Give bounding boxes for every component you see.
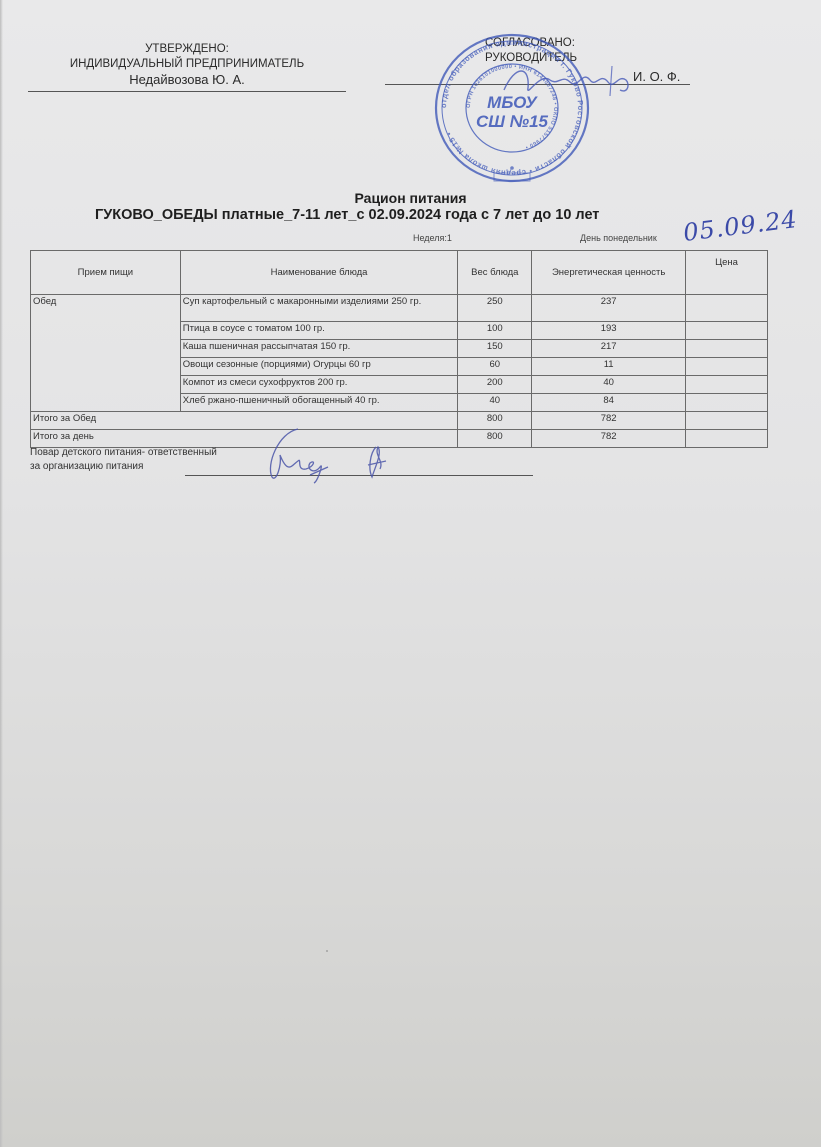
document-subtitle: ГУКОВО_ОБЕДЫ платные_7-11 лет_с 02.09.20… (95, 207, 599, 223)
weight-cell: 200 (458, 376, 532, 394)
total-energy: 782 (532, 412, 686, 430)
meal-cell: Обед (31, 295, 181, 412)
approval-left-name: Недайвозова Ю. А. (28, 72, 346, 87)
dish-cell: Птица в соусе с томатом 100 гр. (180, 322, 458, 340)
header-price: Цена (686, 251, 768, 295)
cook-signature-line (185, 475, 533, 476)
responsible-cook-line2: за организацию питания (30, 460, 217, 474)
paper-edge (0, 0, 3, 1147)
total-weight: 800 (458, 430, 532, 448)
energy-cell: 11 (532, 358, 686, 376)
energy-cell: 84 (532, 394, 686, 412)
weight-cell: 100 (458, 322, 532, 340)
total-label: Итого за Обед (31, 412, 458, 430)
price-cell (686, 394, 768, 412)
stamp-seal-icon: отдел образования администрации г. Гуков… (432, 30, 592, 185)
price-cell (686, 340, 768, 358)
header-dish: Наименование блюда (180, 251, 458, 295)
approval-left-heading: УТВЕРЖДЕНО: (28, 42, 346, 57)
weight-cell: 150 (458, 340, 532, 358)
price-cell (686, 322, 768, 340)
dish-cell: Суп картофельный с макаронными изделиями… (180, 295, 458, 322)
weight-cell: 60 (458, 358, 532, 376)
price-cell (686, 358, 768, 376)
dish-cell: Компот из смеси сухофруктов 200 гр. (180, 376, 458, 394)
approval-left-signature-line (28, 91, 346, 92)
energy-cell: 193 (532, 322, 686, 340)
total-row-day: Итого за день 800 782 (31, 430, 768, 448)
week-label: Неделя:1 (413, 233, 452, 243)
dish-cell: Хлеб ржано-пшеничный обогащенный 40 гр. (180, 394, 458, 412)
dish-cell: Каша пшеничная рассыпчатая 150 гр. (180, 340, 458, 358)
document-title: Рацион питания (0, 190, 821, 206)
approval-right-name: И. О. Ф. (633, 69, 680, 84)
dish-cell: Овощи сезонные (порциями) Огурцы 60 гр (180, 358, 458, 376)
day-label: День понедельник (580, 233, 657, 243)
table-header-row: Прием пищи Наименование блюда Вес блюда … (31, 251, 768, 295)
energy-cell: 237 (532, 295, 686, 322)
approval-left-block: УТВЕРЖДЕНО: ИНДИВИДУАЛЬНЫЙ ПРЕДПРИНИМАТЕ… (28, 42, 346, 87)
total-row-meal: Итого за Обед 800 782 (31, 412, 768, 430)
table-row: Обед Суп картофельный с макаронными изде… (31, 295, 768, 322)
svg-text:МБОУ: МБОУ (487, 93, 538, 112)
header-meal: Прием пищи (31, 251, 181, 295)
header-energy: Энергетическая ценность (532, 251, 686, 295)
price-cell (686, 295, 768, 322)
price-cell (686, 376, 768, 394)
total-energy: 782 (532, 430, 686, 448)
header-weight: Вес блюда (458, 251, 532, 295)
total-weight: 800 (458, 412, 532, 430)
total-label: Итого за день (31, 430, 458, 448)
weight-cell: 40 (458, 394, 532, 412)
energy-cell: 217 (532, 340, 686, 358)
energy-cell: 40 (532, 376, 686, 394)
responsible-cook-block: Повар детского питания- ответственный за… (30, 446, 217, 474)
svg-text:СШ №15: СШ №15 (476, 112, 549, 131)
menu-table: Прием пищи Наименование блюда Вес блюда … (30, 250, 768, 448)
total-price (686, 430, 768, 448)
weight-cell: 250 (458, 295, 532, 322)
total-price (686, 412, 768, 430)
school-stamp: отдел образования администрации г. Гуков… (432, 30, 592, 185)
paper-speck (326, 950, 328, 952)
handwritten-date: 05.09.24 (682, 205, 799, 247)
responsible-cook-line1: Повар детского питания- ответственный (30, 446, 217, 460)
approval-left-position: ИНДИВИДУАЛЬНЫЙ ПРЕДПРИНИМАТЕЛЬ (28, 57, 346, 72)
